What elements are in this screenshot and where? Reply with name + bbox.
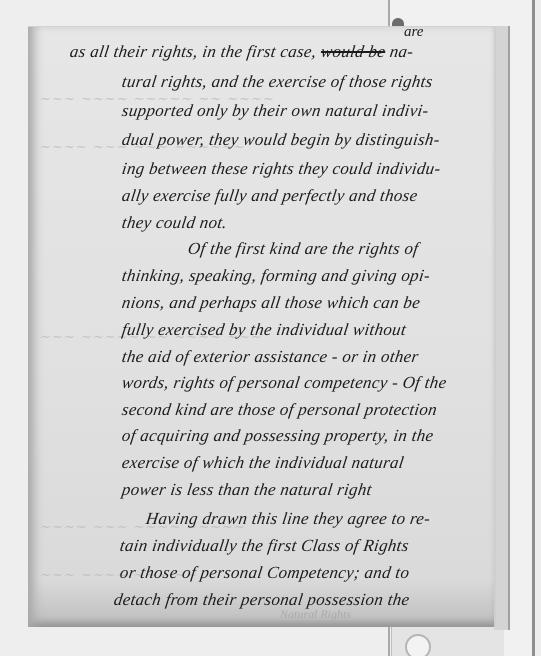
manuscript-line-5: ing between these rights they could indi…	[121, 159, 442, 179]
manuscript-line-12: the aid of exterior assistance - or in o…	[121, 347, 420, 367]
paper-backing-edge	[494, 26, 510, 630]
manuscript-line-9: thinking, speaking, forming and giving o…	[121, 266, 432, 286]
manuscript-line-13: words, rights of personal competency - O…	[121, 373, 448, 393]
manuscript-line-8: Of the first kind are the rights of	[187, 239, 420, 259]
manuscript-line-10: nions, and perhaps all those which can b…	[121, 293, 422, 313]
manuscript-line-2: tural rights, and the exercise of those …	[121, 72, 434, 92]
struck-text: would be	[320, 42, 387, 61]
interlinear-insertion: are	[404, 24, 423, 41]
punch-hole	[405, 634, 431, 656]
manuscript-line-3: supported only by their own natural indi…	[121, 101, 430, 121]
manuscript-line-7: they could not.	[121, 213, 229, 233]
line-text: as all their rights, in the first case,	[69, 42, 323, 61]
manuscript-line-21: detach from their personal possession th…	[113, 590, 411, 610]
manuscript-line-20: or those of personal Competency; and to	[119, 563, 411, 583]
manuscript-line-19: tain individually the first Class of Rig…	[119, 536, 410, 556]
manuscript-line-15: of acquiring and possessing property, in…	[121, 426, 435, 446]
manuscript-line-17: power is less than the natural right	[121, 480, 374, 500]
manuscript-line-18: Having drawn this line they agree to re-	[145, 509, 432, 529]
manuscript-line-4: dual power, they would begin by distingu…	[121, 130, 442, 150]
manuscript-line-1: as all their rights, in the first case, …	[69, 42, 415, 62]
faint-bottom-note: Natural Rights	[280, 607, 351, 622]
manuscript-line-11: fully exercised by the individual withou…	[121, 320, 408, 340]
line-text: na-	[384, 42, 415, 61]
manuscript-line-16: exercise of which the individual natural	[121, 453, 406, 473]
manuscript-line-6: ally exercise fully and perfectly and th…	[121, 186, 419, 206]
manuscript-line-14: second kind are those of personal protec…	[121, 400, 439, 420]
